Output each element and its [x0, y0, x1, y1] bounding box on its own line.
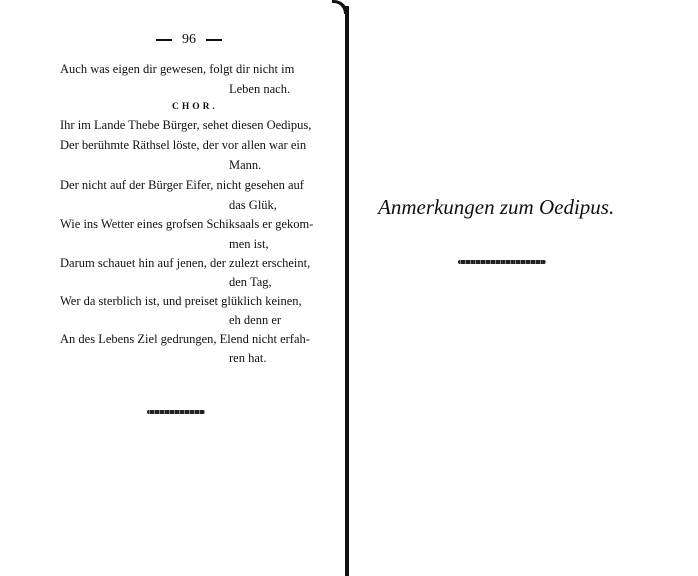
- section-title: Anmerkungen zum Oedipus.: [378, 195, 614, 220]
- verse-line: Wer da sterblich ist, und preiset glükli…: [60, 294, 302, 309]
- verse-continuation: men ist,: [229, 237, 269, 252]
- verse-line: Wie ins Wetter eines grofsen Schiksaals …: [60, 217, 313, 232]
- verse-line: Ihr im Lande Thebe Bürger, sehet diesen …: [60, 118, 311, 133]
- verse-line: Auch was eigen dir gewesen, folgt dir ni…: [60, 62, 294, 77]
- page-number-dash-left: [156, 39, 172, 41]
- verse-line: Der berühmte Räthsel löste, der vor alle…: [60, 138, 306, 153]
- verse-continuation: eh denn er: [229, 313, 281, 328]
- verse-continuation: ren hat.: [229, 351, 266, 366]
- right-page: Anmerkungen zum Oedipus.: [350, 0, 698, 576]
- verse-continuation: Leben nach.: [229, 82, 290, 97]
- page-number-text: 96: [182, 32, 196, 47]
- page-number: 96: [146, 32, 232, 48]
- verse-continuation: das Glük,: [229, 198, 277, 213]
- verse-line: An des Lebens Ziel gedrungen, Elend nich…: [60, 332, 310, 347]
- verse-continuation: Mann.: [229, 158, 261, 173]
- wavy-rule-ornament: [458, 260, 546, 264]
- book-gutter: [345, 6, 349, 576]
- page-number-dash-right: [206, 39, 222, 41]
- verse-continuation: den Tag,: [229, 275, 272, 290]
- verse-line: Darum schauet hin auf jenen, der zulezt …: [60, 256, 310, 271]
- wavy-rule-ornament: [147, 410, 205, 414]
- speaker-label: CHOR.: [172, 102, 218, 112]
- verse-line: Der nicht auf der Bürger Eifer, nicht ge…: [60, 178, 304, 193]
- left-page: 96 Auch was eigen dir gewesen, folgt dir…: [0, 0, 345, 576]
